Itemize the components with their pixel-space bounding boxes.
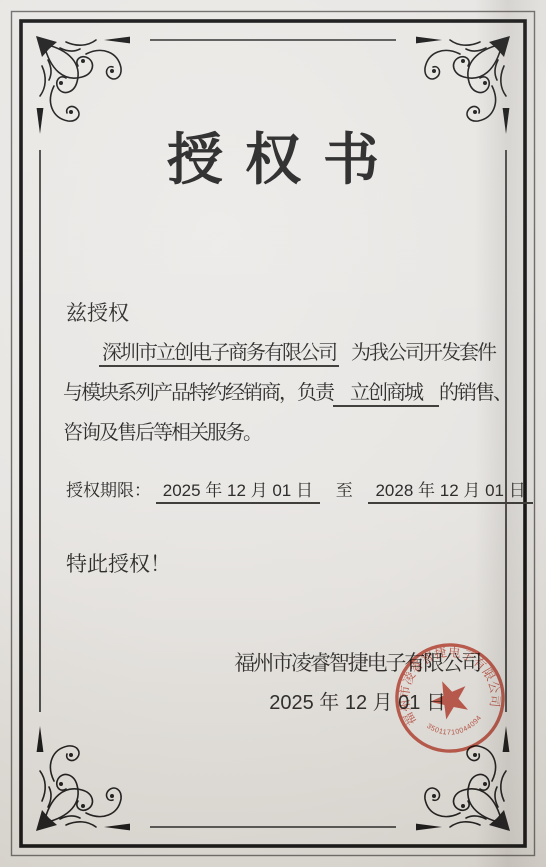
body-line-2: 与模块系列产品特约经销商，负责立创商城的销售、	[63, 376, 495, 416]
validity-end-date: 2028 年 12 月 01 日	[368, 481, 532, 504]
body-line-2-suffix: 的销售、	[439, 382, 511, 404]
issue-date: 2025 年 12 月 01 日	[269, 686, 446, 715]
closing-statement: 特此授权！	[66, 548, 171, 578]
validity-start-date: 2025 年 12 月 01 日	[156, 481, 320, 504]
validity-period-row: 授权期限： 2025 年 12 月 01 日 至 2028 年 12 月 01 …	[66, 476, 533, 501]
body-line-1: 深圳市立创电子商务有限公司为我公司开发套件	[63, 336, 495, 376]
corner-flourish-top-left	[36, 36, 121, 121]
certificate-page: 授权书 兹授权 深圳市立创电子商务有限公司为我公司开发套件 与模块系列产品特约经…	[0, 0, 546, 867]
body-paragraph: 深圳市立创电子商务有限公司为我公司开发套件 与模块系列产品特约经销商，负责立创商…	[63, 336, 495, 456]
body-line-3: 咨询及售后等相关服务。	[63, 416, 495, 456]
corner-flourish-bottom-left	[36, 746, 121, 831]
issuer-company-name: 福州市凌睿智捷电子有限公司	[234, 647, 480, 677]
authorized-company-name: 深圳市立创电子商务有限公司	[99, 342, 339, 367]
corner-flourish-bottom-right	[425, 746, 510, 831]
corner-flourish-top-right	[425, 36, 510, 121]
body-line-2-text: 与模块系列产品特约经销商，负责	[63, 382, 333, 404]
body-line-1-text: 为我公司开发套件	[351, 342, 495, 364]
certificate-title: 授权书	[0, 116, 546, 196]
validity-connector: 至	[336, 481, 353, 500]
intro-text: 兹授权	[66, 297, 129, 327]
platform-name: 立创商城	[333, 382, 439, 407]
validity-label: 授权期限：	[66, 481, 151, 500]
